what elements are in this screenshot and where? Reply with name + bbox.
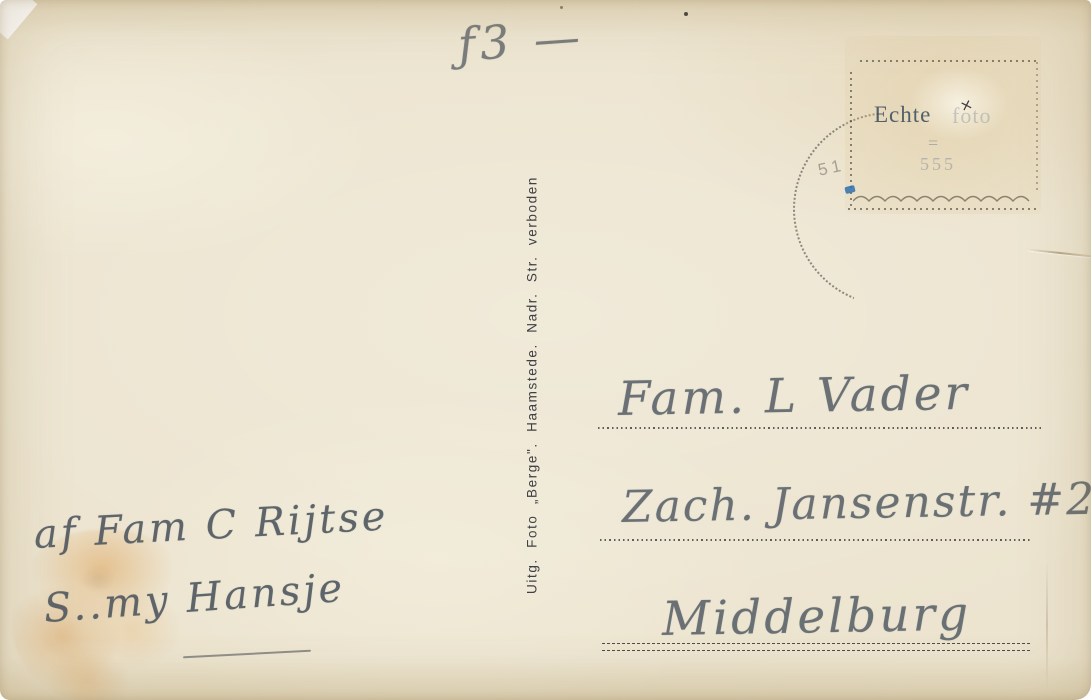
- address-line-3-text: Middelburg: [662, 587, 972, 647]
- sender-note-line-1: af Fam C Rijtse: [33, 493, 390, 558]
- address-rule-3: [602, 643, 1030, 651]
- stamp-text-echte: Echte: [874, 102, 931, 128]
- crease-mark-bottom-right: [1046, 560, 1048, 690]
- address-line-2-text: Zach. Jansenstr. #2: [622, 474, 1091, 533]
- corner-cut-topleft: [0, 0, 37, 39]
- address-rule-2: [600, 539, 1032, 541]
- stamp-equals-mark: =: [928, 133, 938, 154]
- stamp-perforation-edge: [853, 192, 1031, 204]
- stamp-border-right: [1036, 62, 1038, 192]
- address-line-1-text: Fam. L Vader: [618, 366, 971, 427]
- ink-speck: [684, 12, 688, 16]
- stamp-number: 555: [920, 154, 956, 175]
- ink-speck: [560, 6, 563, 9]
- publisher-imprint: Uitg. Foto „Berge". Haamstede. Nadr. Str…: [525, 158, 551, 613]
- postcard-back: ƒ3 — Uitg. Foto „Berge". Haamstede. Nadr…: [0, 0, 1091, 700]
- stamp-border-top: [860, 60, 1036, 62]
- crease-mark-right: [1028, 249, 1091, 258]
- price-mark: ƒ3 —: [456, 9, 586, 72]
- address-rule-1: [598, 427, 1043, 429]
- sender-note-underline: [183, 650, 311, 659]
- stamp-border-bottom: [848, 208, 1036, 210]
- postcard-scan: ƒ3 — Uitg. Foto „Berge". Haamstede. Nadr…: [0, 0, 1091, 700]
